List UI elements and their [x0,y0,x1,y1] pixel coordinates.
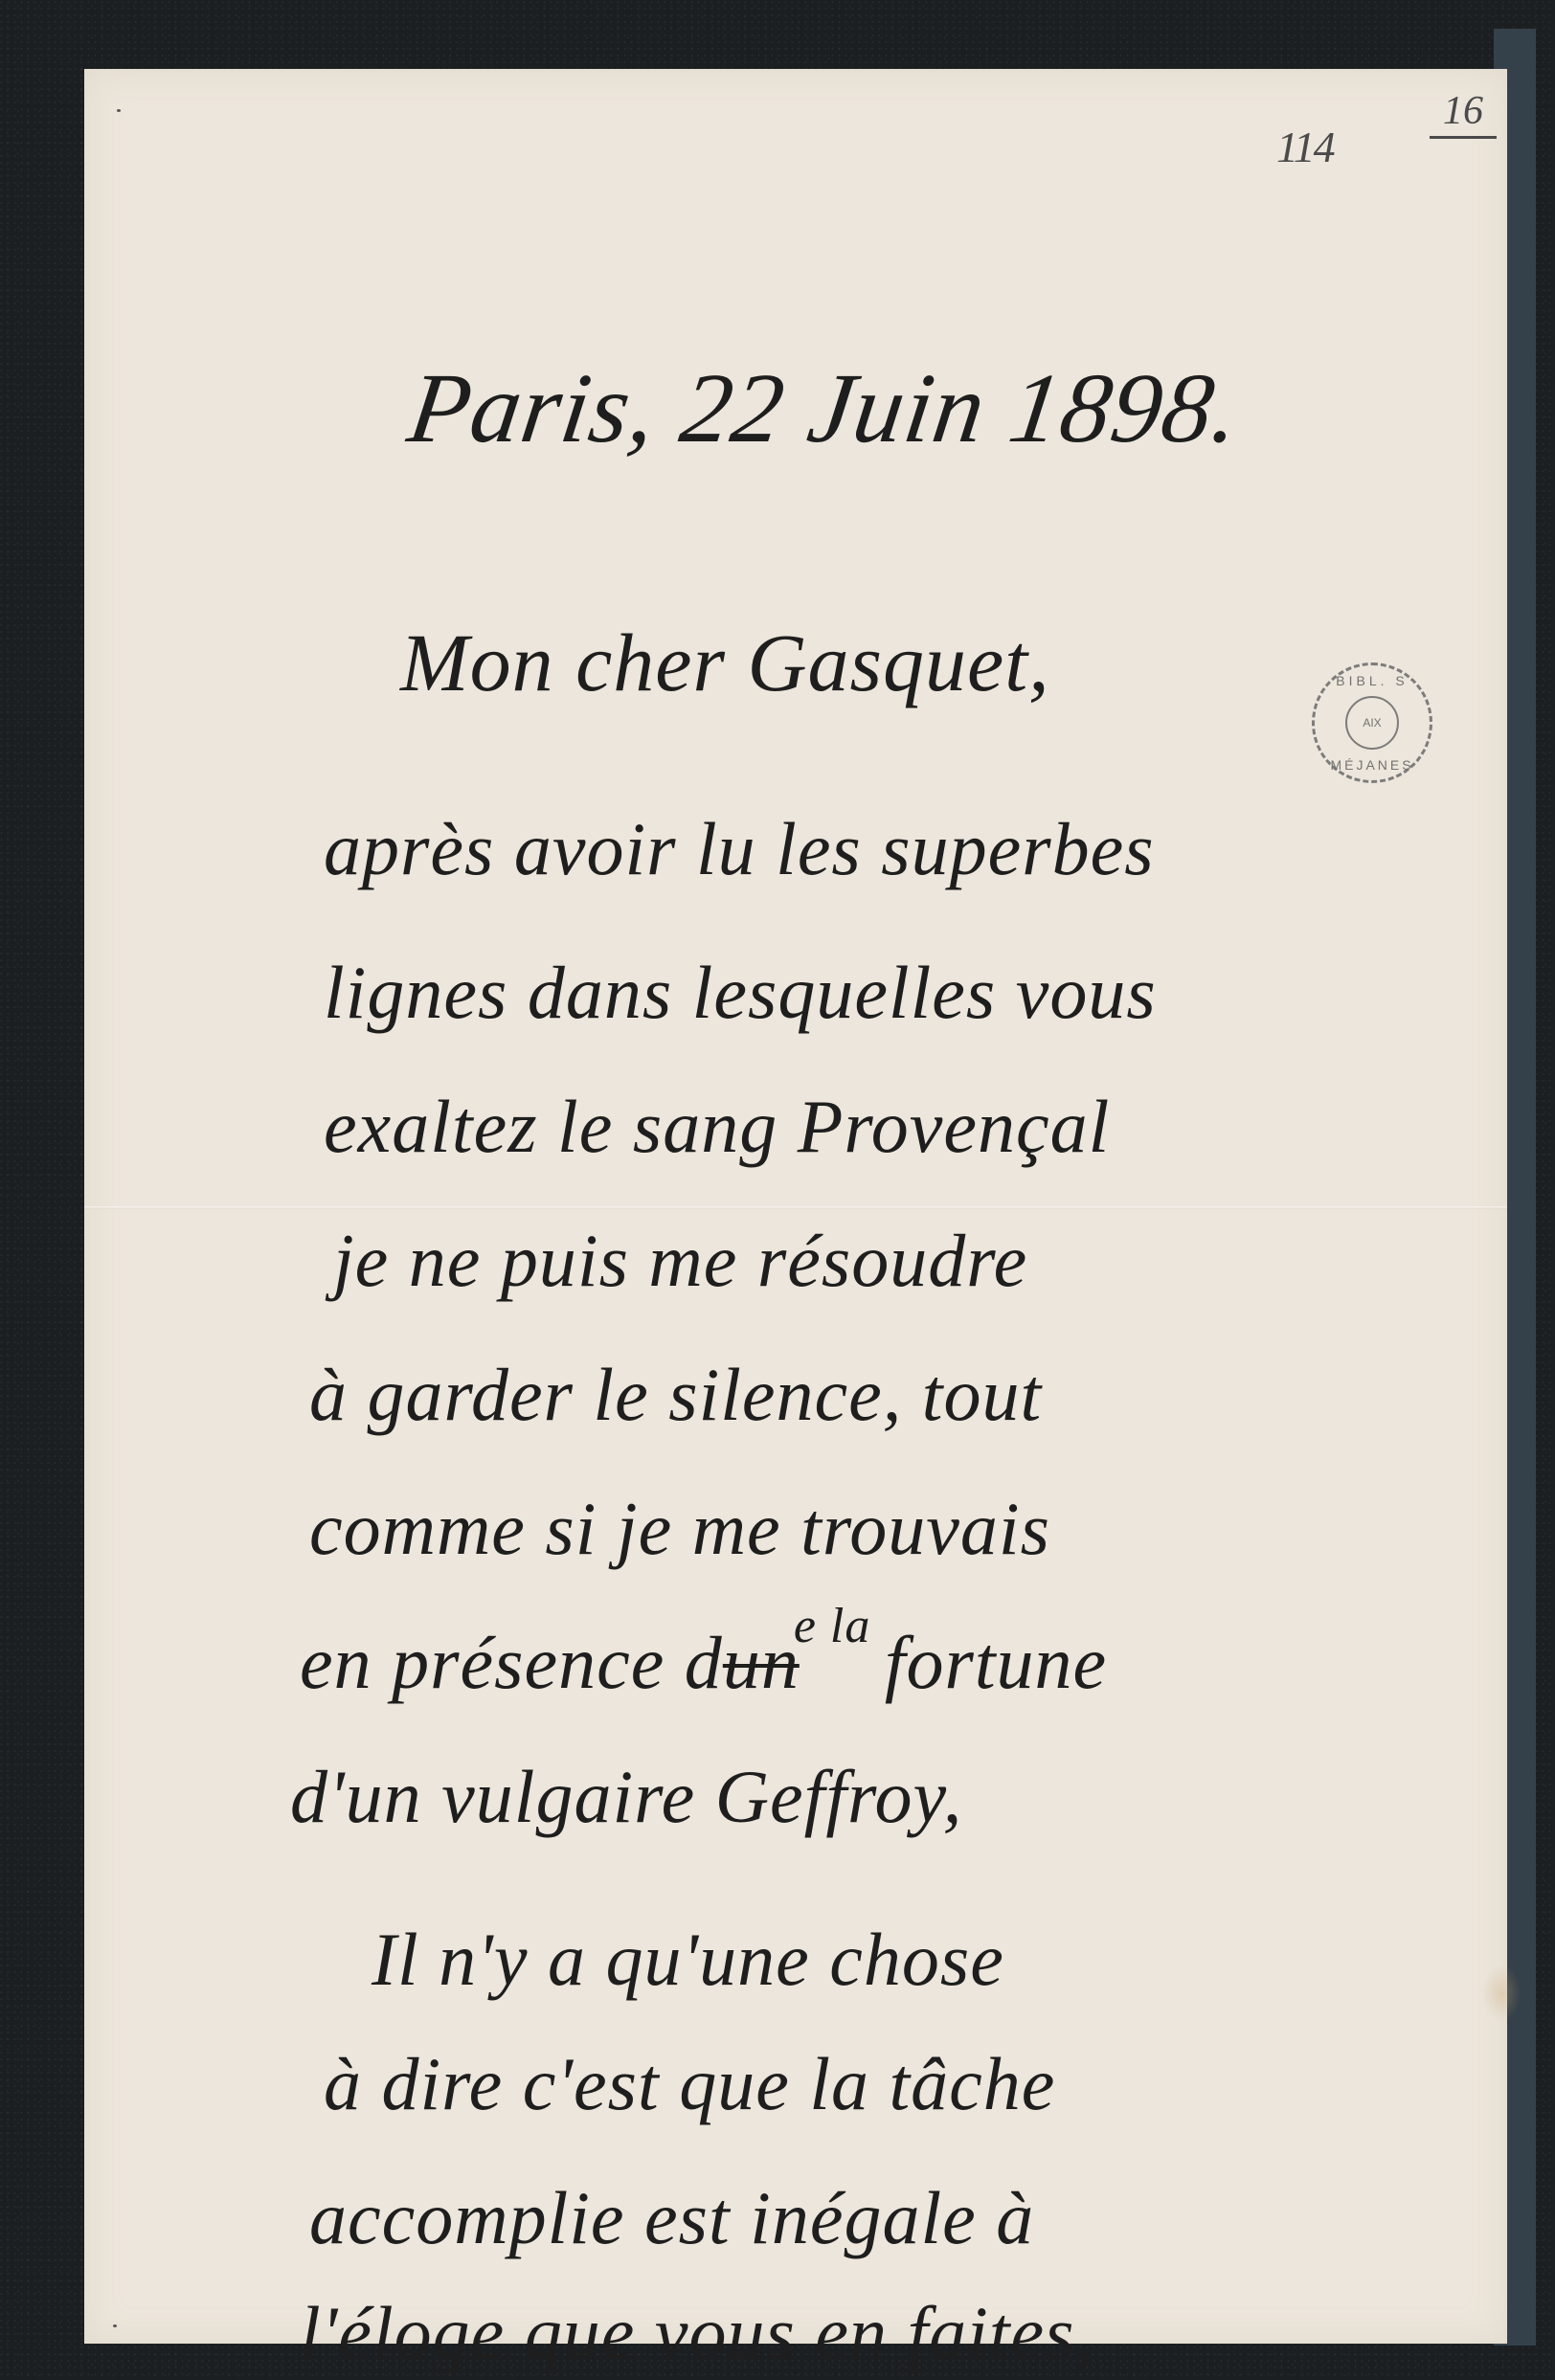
line-text: fortune [865,1621,1107,1704]
paper-speck [117,109,121,112]
letter-line: après avoir lu les superbes [324,806,1155,892]
paper-stain [1482,1965,1521,2022]
letter-line: exaltez le sang Provençal [324,1084,1110,1170]
inserted-word: e la [794,1599,871,1653]
paper-speck [113,2324,117,2327]
letter-line: Il n'y a qu'une chose [372,1917,1004,2003]
struck-word: un [723,1621,800,1704]
letter-line: accomplie est inégale à [309,2175,1034,2261]
stamp-center: AIX [1345,696,1399,750]
letter-line: d'un vulgaire Geffroy, [290,1754,962,1840]
letter-line: lignes dans lesquelles vous [324,950,1157,1036]
stamp-top-text: BIBL. S [1315,673,1430,688]
letter-line-correction: en présence dune la fortune [300,1620,1107,1706]
letter-page: 114 16 BIBL. S AIX MÉJANES Paris, 22 Jui… [84,69,1507,2344]
stamp-bottom-text: MÉJANES [1315,757,1430,773]
letter-line: l'éloge que vous en faites, [300,2290,1094,2376]
date-line: Paris, 22 Juin 1898. [402,351,1248,465]
letter-line: comme si je me trouvais [309,1486,1050,1572]
salutation: Mon cher Gasquet, [400,615,1050,710]
page-number: 16 [1430,88,1497,139]
line-text: en présence d [300,1621,723,1704]
letter-line: à dire c'est que la tâche [324,2041,1055,2127]
scan-frame: 114 16 BIBL. S AIX MÉJANES Paris, 22 Jui… [0,0,1555,2380]
library-stamp: BIBL. S AIX MÉJANES [1312,662,1432,783]
archive-folio-number: 114 [1276,122,1334,172]
letter-line: à garder le silence, tout [309,1352,1042,1438]
letter-line: je ne puis me résoudre [333,1218,1027,1304]
fold-crease [84,1206,1507,1209]
